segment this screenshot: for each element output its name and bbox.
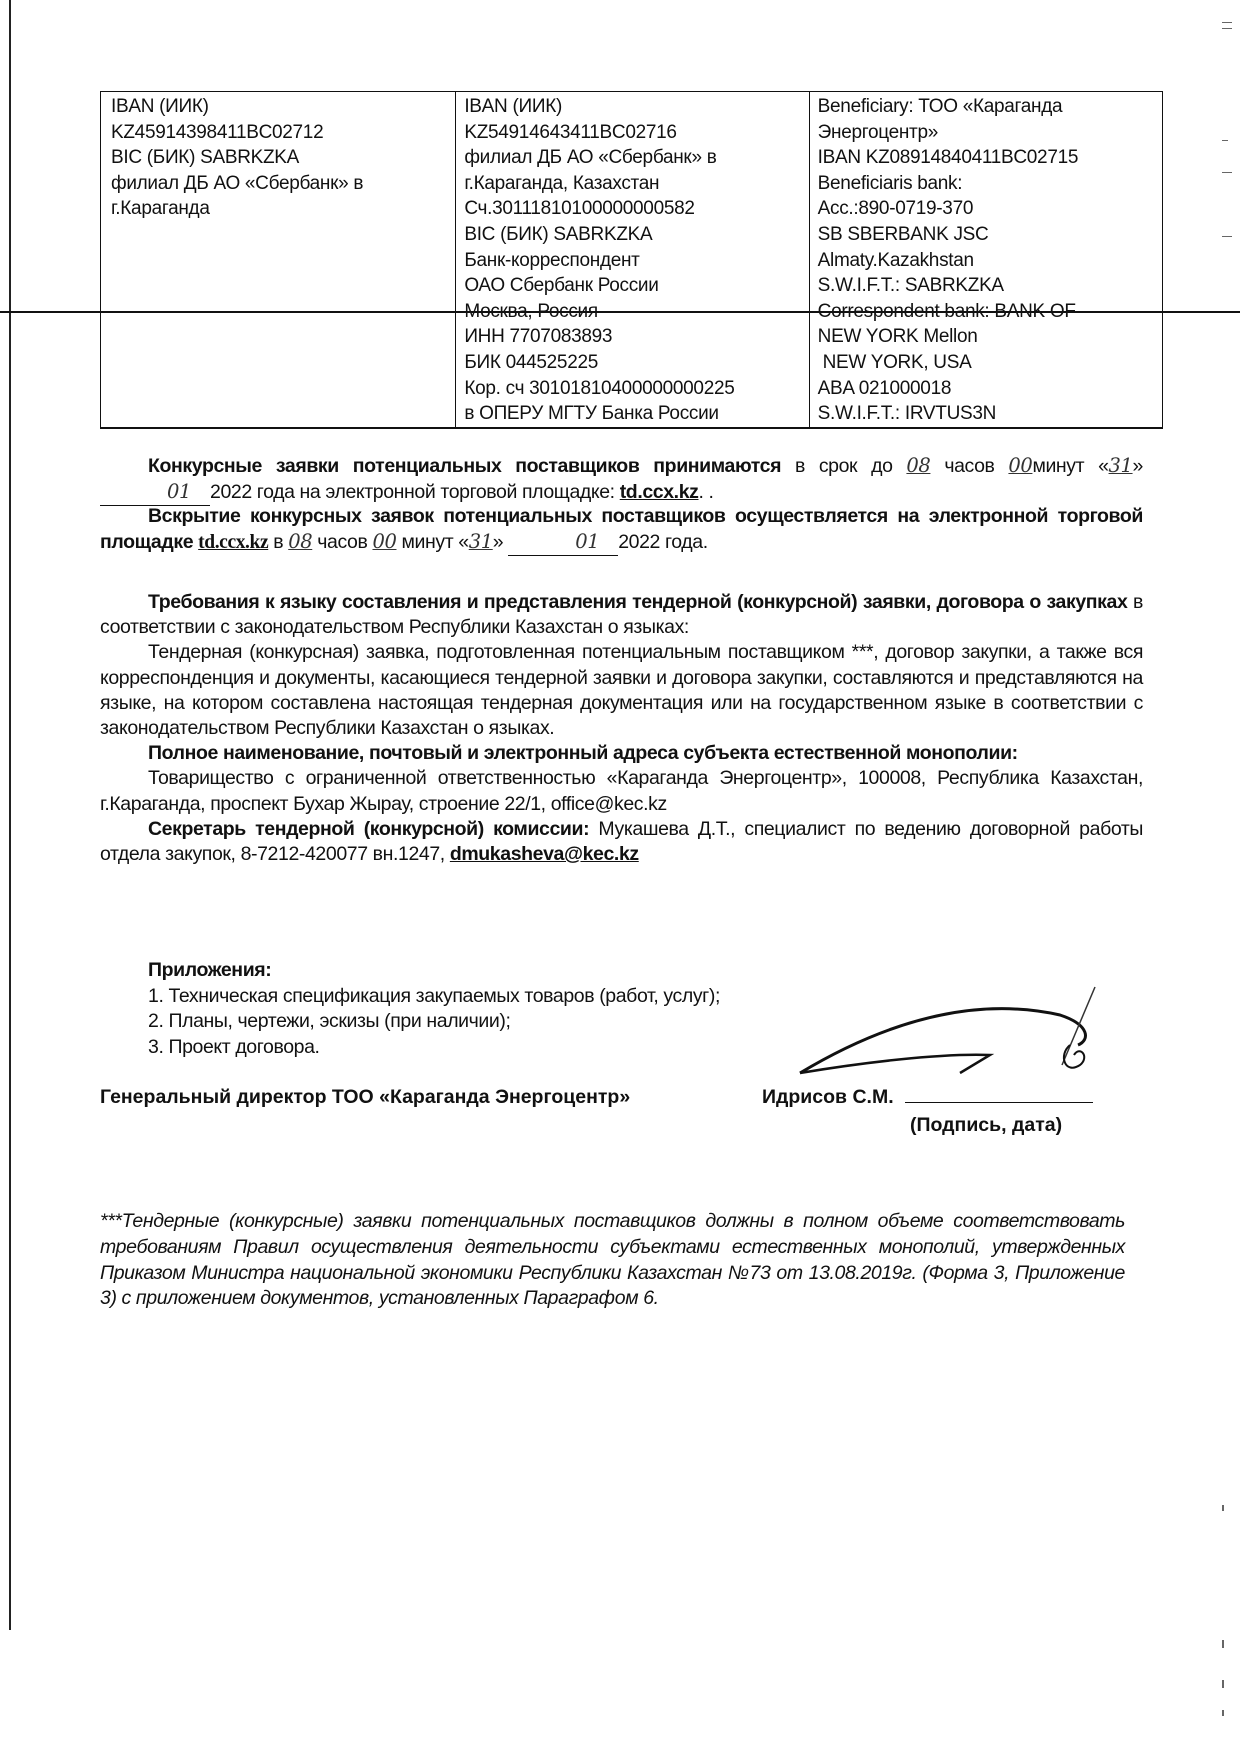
director-name-line: Идрисов С.М. (762, 1086, 1093, 1109)
text: часов (930, 455, 994, 477)
secretary-email-link[interactable]: dmukasheva@kec.kz (450, 843, 639, 865)
cell-line: IBAN (ИИК) (464, 94, 800, 120)
secretary-heading: Секретарь тендерной (конкурсной) комисси… (148, 818, 589, 840)
language-requirements-section: Требования к языку составления и предста… (100, 590, 1143, 867)
text: . . (699, 481, 714, 503)
text: » (1133, 455, 1143, 477)
scan-left-edge (9, 0, 11, 1630)
handwritten-hours: 08 (906, 454, 930, 477)
scan-crossline (0, 311, 1240, 313)
cell-line: BIC (БИК) SABRKZKA (111, 145, 447, 171)
text: » (493, 531, 508, 553)
cell-line: Almaty.Kazakhstan (818, 248, 1154, 274)
cell-line: KZ54914643411BC02716 (464, 120, 800, 146)
handwritten-day: 31 (469, 530, 493, 553)
cell-line: г.Караганда, Казахстан (464, 171, 800, 197)
director-name: Идрисов С.М. (762, 1086, 894, 1108)
cell-line: ОАО Сбербанк России (464, 273, 800, 299)
cell-line: KZ45914398411BC02712 (111, 120, 447, 146)
text: 2022 года. (618, 531, 708, 553)
cell-line: филиал ДБ АО «Сбербанк» в (111, 171, 447, 197)
handwritten-minutes: 00 (1008, 454, 1032, 477)
address-heading: Полное наименование, почтовый и электрон… (148, 742, 1018, 764)
cell-line: ABA 021000018 (818, 376, 1154, 402)
text: минут « (396, 531, 468, 553)
cell-line: S.W.I.F.T.: SABRKZKA (818, 273, 1154, 299)
handwritten-day: 31 (1109, 454, 1133, 477)
cell-line: Банк-корреспондент (464, 248, 800, 274)
handwritten-signature (790, 985, 1110, 1095)
cell-line: SB SBERBANK JSC (818, 222, 1154, 248)
cell-line: Сч.30111810100000000582 (464, 196, 800, 222)
text: в срок до (781, 455, 906, 477)
bank-column-2: IBAN (ИИК) KZ54914643411BC02716 филиал Д… (456, 92, 809, 428)
submission-paragraph: Конкурсные заявки потенциальных поставщи… (100, 453, 1143, 506)
director-position: Генеральный директор ТОО «Караганда Энер… (100, 1086, 630, 1108)
signature-caption: (Подпись, дата) (910, 1114, 1062, 1137)
cell-line: IBAN KZ08914840411BC02715 (818, 145, 1154, 171)
footnote: ***Тендерные (конкурсные) заявки потенци… (100, 1209, 1125, 1312)
handwritten-hours: 08 (288, 530, 312, 553)
bank-column-1: IBAN (ИИК) KZ45914398411BC02712 BIC (БИК… (101, 92, 456, 428)
handwritten-month: 01 (167, 480, 191, 503)
cell-line: в ОПЕРУ МГТУ Банка России (464, 401, 800, 427)
language-body: Тендерная (конкурсная) заявка, подготовл… (100, 640, 1143, 741)
cell-line: NEW YORK, USA (818, 350, 1154, 376)
cell-line: S.W.I.F.T.: IRVTUS3N (818, 401, 1154, 427)
platform-link[interactable]: td.ccx.kz (620, 481, 699, 503)
cell-line: Beneficiary: ТОО «Караганда (818, 94, 1154, 120)
text: 2022 года на электронной торговой площад… (210, 481, 620, 503)
cell-line: IBAN (ИИК) (111, 94, 447, 120)
bank-column-3: Beneficiary: ТОО «Караганда Энергоцентр»… (809, 92, 1162, 428)
text: в (268, 531, 288, 553)
signature-line (905, 1102, 1093, 1103)
cell-line: BIC (БИК) SABRKZKA (464, 222, 800, 248)
submission-heading: Конкурсные заявки потенциальных поставщи… (148, 455, 781, 477)
cell-line: БИК 044525225 (464, 350, 800, 376)
cell-line: филиал ДБ АО «Сбербанк» в (464, 145, 800, 171)
scan-right-edge-marks (1222, 0, 1234, 1754)
language-heading: Требования к языку составления и предста… (148, 591, 1127, 613)
address-body: Товарищество с ограниченной ответственно… (100, 766, 1143, 816)
attachments-title: Приложения: (148, 958, 1143, 984)
text: часов (312, 531, 372, 553)
cell-line: Кор. сч 30101810400000000225 (464, 376, 800, 402)
text: минут « (1032, 455, 1108, 477)
opening-paragraph: Вскрытие конкурсных заявок потенциальных… (100, 504, 1143, 556)
bank-details-table: IBAN (ИИК) KZ45914398411BC02712 BIC (БИК… (100, 91, 1163, 429)
handwritten-minutes: 00 (372, 530, 396, 553)
handwritten-month: 01 (575, 530, 599, 553)
cell-line: NEW YORK Mellon (818, 324, 1154, 350)
signature-block: Генеральный директор ТОО «Караганда Энер… (100, 1086, 1143, 1109)
cell-line: Beneficiaris bank: (818, 171, 1154, 197)
cell-line: Acc.:890-0719-370 (818, 196, 1154, 222)
cell-line: Энергоцентр» (818, 120, 1154, 146)
cell-line: г.Караганда (111, 196, 447, 222)
platform-link[interactable]: td.ccx.kz (198, 532, 268, 553)
cell-line: ИНН 7707083893 (464, 324, 800, 350)
